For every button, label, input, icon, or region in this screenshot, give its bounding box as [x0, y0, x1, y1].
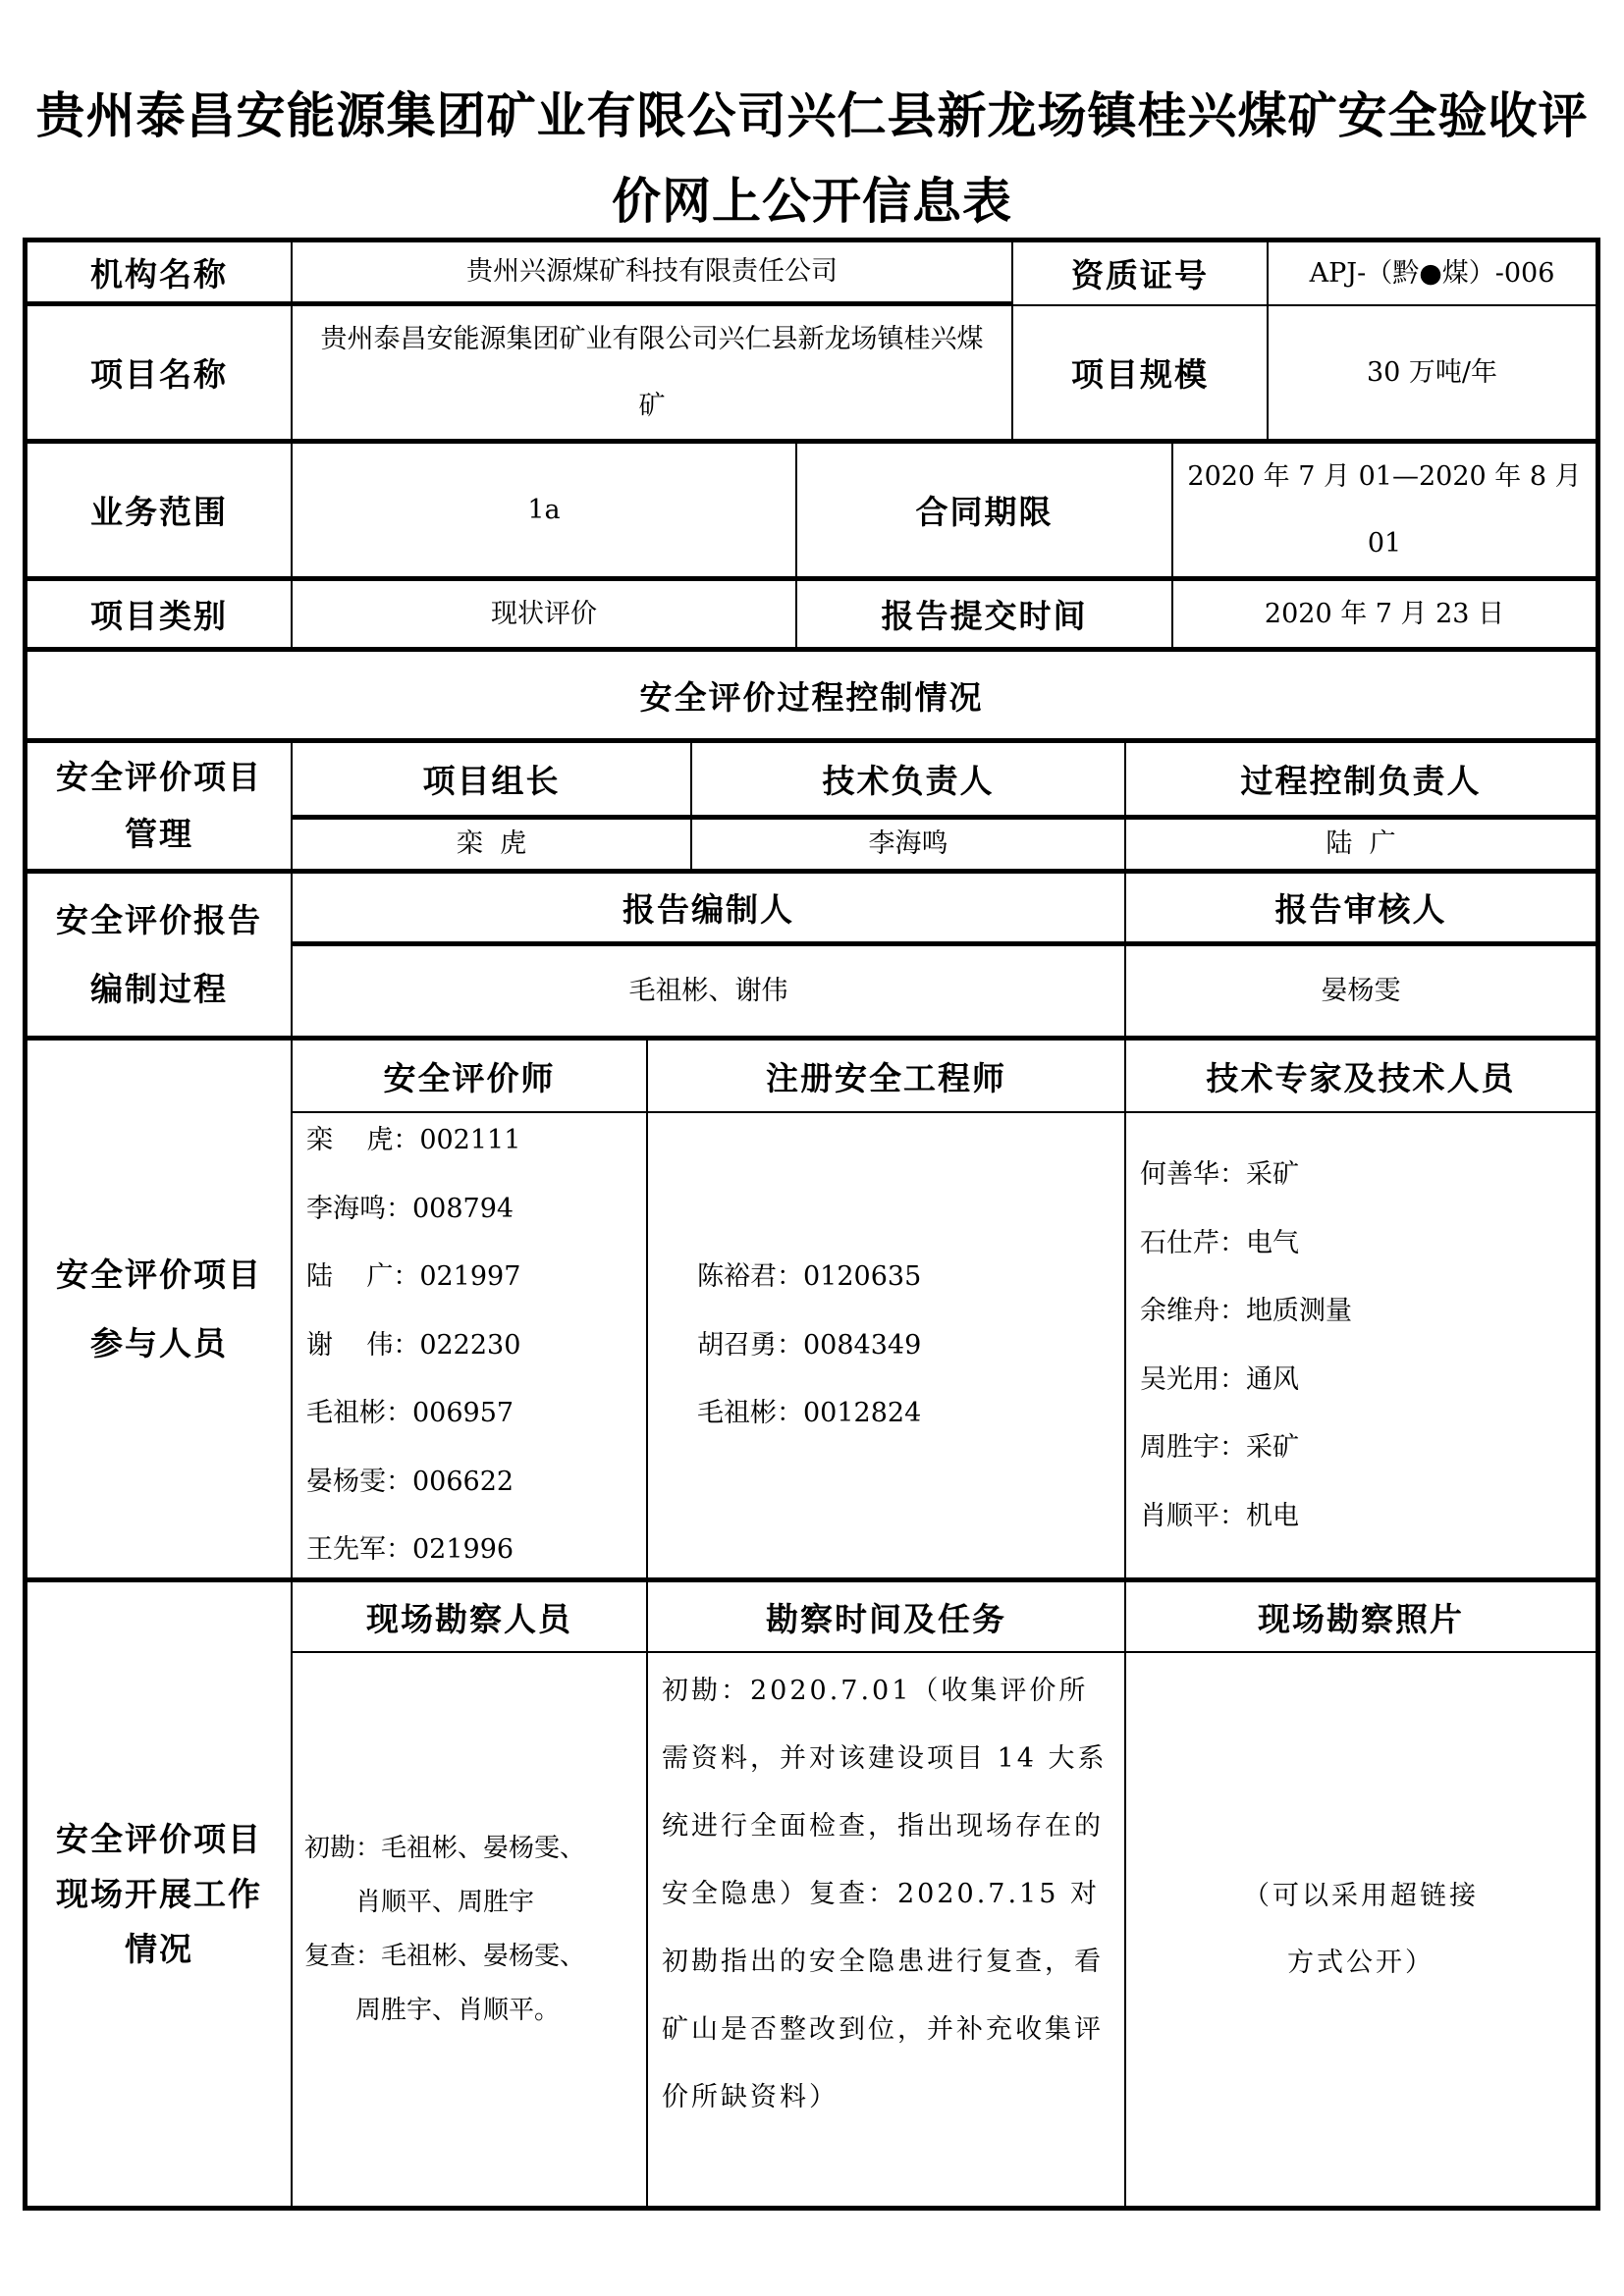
evaluator-item: 晏杨雯：006622: [306, 1448, 514, 1517]
expert-item: 余维舟：地质测量: [1140, 1277, 1352, 1346]
document-title-line1: 贵州泰昌安能源集团矿业有限公司兴仁县新龙场镇桂兴煤矿安全验收评: [0, 77, 1624, 147]
management-value-tech: 李海鸣: [692, 820, 1126, 874]
fieldwork-label: 安全评价项目现场开展工作情况: [23, 1582, 293, 2211]
report-header-reviewer: 报告审核人: [1126, 874, 1600, 946]
management-value-process: 陆 广: [1126, 820, 1600, 874]
staff-line: 复查：毛祖彬、晏杨雯、: [304, 1930, 585, 1984]
management-header-leader: 项目组长: [293, 743, 692, 820]
evaluator-item: 毛祖彬：006957: [306, 1379, 514, 1448]
cert-value: APJ-（黔●煤）-006: [1269, 238, 1600, 306]
participants-header-experts: 技术专家及技术人员: [1126, 1041, 1600, 1113]
scale-value: 30 万吨/年: [1269, 306, 1600, 444]
scope-label: 业务范围: [23, 444, 293, 581]
fieldwork-staff: 初勘：毛祖彬、晏杨雯、 肖顺平、周胜宇 复查：毛祖彬、晏杨雯、 周胜宇、肖顺平。: [293, 1653, 648, 2211]
fieldwork-header-tasks: 勘察时间及任务: [648, 1582, 1126, 1653]
fieldwork-header-photos: 现场勘察照片: [1126, 1582, 1600, 1653]
participants-header-evaluators: 安全评价师: [293, 1041, 648, 1113]
org-name-label: 机构名称: [23, 238, 293, 306]
report-value-writer: 毛祖彬、谢伟: [293, 946, 1126, 1041]
expert-item: 石仕芹：电气: [1140, 1209, 1299, 1278]
participants-header-engineers: 注册安全工程师: [648, 1041, 1126, 1113]
fieldwork-header-staff: 现场勘察人员: [293, 1582, 648, 1653]
management-header-tech: 技术负责人: [692, 743, 1126, 820]
document-title-line2: 价网上公开信息表: [0, 162, 1624, 233]
contract-label: 合同期限: [797, 444, 1173, 581]
evaluator-item: 栾 虎：002111: [306, 1106, 520, 1175]
evaluators-list: 栾 虎：002111 李海鸣：008794 陆 广：021997 谢 伟：022…: [293, 1113, 648, 1582]
contract-value: 2020 年 7 月 01—2020 年 8 月 01: [1173, 444, 1600, 581]
evaluator-item: 李海鸣：008794: [306, 1175, 514, 1244]
cert-label: 资质证号: [1013, 238, 1269, 306]
management-header-process: 过程控制负责人: [1126, 743, 1600, 820]
scale-label: 项目规模: [1013, 306, 1269, 444]
experts-list: 何善华：采矿 石仕芹：电气 余维舟：地质测量 吴光用：通风 周胜宇：采矿 肖顺平…: [1126, 1113, 1600, 1582]
fieldwork-tasks: 初勘：2020.7.01（收集评价所需资料，并对该建设项目 14 大系统进行全面…: [648, 1653, 1126, 2211]
report-label: 安全评价报告编制过程: [23, 874, 293, 1041]
evaluator-item: 王先军：021996: [306, 1516, 514, 1584]
report-value-reviewer: 晏杨雯: [1126, 946, 1600, 1041]
evaluator-item: 谢 伟：022230: [306, 1311, 520, 1380]
engineer-item: 陈裕君：0120635: [697, 1243, 921, 1311]
engineer-item: 胡召勇：0084349: [697, 1311, 921, 1380]
photos-note-line1: （可以采用超链接: [1243, 1863, 1479, 1930]
engineer-item: 毛祖彬：0012824: [697, 1379, 921, 1448]
submit-value: 2020 年 7 月 23 日: [1173, 581, 1600, 652]
engineers-list: 陈裕君：0120635 胡召勇：0084349 毛祖彬：0012824: [648, 1113, 1126, 1582]
project-name-value: 贵州泰昌安能源集团矿业有限公司兴仁县新龙场镇桂兴煤矿: [293, 306, 1013, 444]
expert-item: 何善华：采矿: [1140, 1141, 1299, 1209]
expert-item: 肖顺平：机电: [1140, 1482, 1299, 1551]
staff-line: 周胜宇、肖顺平。: [304, 1984, 585, 2038]
submit-label: 报告提交时间: [797, 581, 1173, 652]
expert-item: 周胜宇：采矿: [1140, 1414, 1299, 1482]
participants-label: 安全评价项目参与人员: [23, 1041, 293, 1582]
management-value-leader: 栾 虎: [293, 820, 692, 874]
org-name-value: 贵州兴源煤矿科技有限责任公司: [293, 238, 1013, 306]
expert-item: 吴光用：通风: [1140, 1346, 1299, 1415]
report-header-writer: 报告编制人: [293, 874, 1126, 946]
section-title: 安全评价过程控制情况: [23, 652, 1600, 743]
scope-value: 1a: [293, 444, 797, 581]
photos-note-line2: 方式公开）: [1287, 1930, 1435, 1997]
category-value: 现状评价: [293, 581, 797, 652]
staff-line: 初勘：毛祖彬、晏杨雯、: [304, 1822, 585, 1876]
fieldwork-photos: （可以采用超链接 方式公开）: [1126, 1653, 1600, 2211]
management-label: 安全评价项目管理: [23, 743, 293, 874]
project-name-label: 项目名称: [23, 306, 293, 444]
category-label: 项目类别: [23, 581, 293, 652]
staff-line: 肖顺平、周胜宇: [304, 1876, 585, 1930]
evaluator-item: 陆 广：021997: [306, 1243, 520, 1311]
